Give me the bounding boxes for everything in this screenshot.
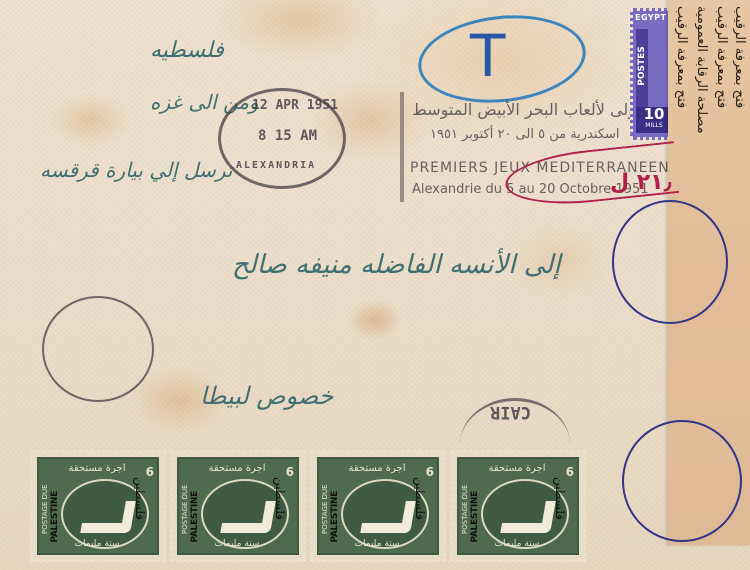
censor-text-col-1: فتح بمعرفة الرقيب	[672, 6, 690, 108]
censor-handstamp-upper	[612, 200, 728, 324]
stamp-top-text: اجرة مستحقة	[339, 463, 415, 474]
postmark-city: ALEXANDRIA	[236, 160, 316, 171]
numeral-glyph	[80, 501, 136, 533]
slogan-cancel-bar	[400, 92, 404, 202]
postmark-time: 8 15 AM	[258, 128, 317, 144]
address-line-country: فلسطيه	[150, 38, 224, 63]
stamp-top-text: اجرة مستحقة	[199, 463, 275, 474]
recipient-name: إلى الأنسه الفاضله منيفه صالح	[232, 250, 561, 280]
stamp-top-text: اجرة مستحقة	[479, 463, 555, 474]
stamp-value: 10	[636, 107, 672, 122]
postmark-date: 12 APR 1951	[252, 98, 338, 113]
arabic-overprint: فلسطين	[273, 477, 287, 520]
stamp-value-box: 10 MILLS	[636, 107, 672, 133]
postage-due-stamp: اجرة مستحقةPOSTAGE DUE6PALESTINEفلسطينست…	[30, 450, 166, 562]
tax-mark-letter: T	[470, 22, 505, 90]
stamp-frame: اجرة مستحقةPOSTAGE DUE6PALESTINEفلسطينست…	[457, 457, 579, 555]
censor-text-col-2: مصلحة الرقابة العمومية	[692, 6, 710, 134]
arrival-postmark	[42, 296, 154, 402]
numeral-glyph	[220, 501, 276, 533]
stamp-bottom-text: ستة مليمات	[59, 539, 135, 549]
censor-text-col-4: فتح بمعرفة الرقيب	[730, 6, 748, 108]
postage-due-stamp: اجرة مستحقةPOSTAGE DUE6PALESTINEفلسطينست…	[170, 450, 306, 562]
cairo-postmark-text: CAIR	[490, 402, 531, 422]
palestine-overprint: PALESTINE	[50, 491, 60, 543]
arabic-overprint: فلسطين	[413, 477, 427, 520]
stamp-frame: اجرة مستحقةPOSTAGE DUE6PALESTINEفلسطينست…	[317, 457, 439, 555]
palestine-overprint: PALESTINE	[330, 491, 340, 543]
stamp-bottom-text: ستة مليمات	[199, 539, 275, 549]
numeral-glyph	[360, 501, 416, 533]
envelope: فلسطيه ومن الى غزه ترسل إلي بيارة قرقسه …	[0, 0, 750, 570]
stamp-label: POSTES	[637, 32, 647, 100]
stamp-label-bar: POSTES	[636, 29, 648, 109]
red-annotation: ٢١٫ ل	[610, 170, 672, 195]
censor-text-col-3: فتح بمعرفة الرقيب	[712, 6, 730, 108]
censor-handstamp-lower	[622, 420, 742, 542]
special-delivery-note: خصوص لبيطا	[200, 382, 334, 410]
postage-due-stamp: اجرة مستحقةPOSTAGE DUE6PALESTINEفلسطينست…	[450, 450, 586, 562]
arabic-overprint: فلسطين	[553, 477, 567, 520]
address-line-locality: ترسل إلي بيارة قرقسه	[40, 158, 232, 182]
palestine-overprint: PALESTINE	[470, 491, 480, 543]
stamp-unit: MILLS	[636, 122, 672, 129]
stamp-bottom-text: ستة مليمات	[339, 539, 415, 549]
stamp-frame: اجرة مستحقةPOSTAGE DUE6PALESTINEفلسطينست…	[37, 457, 159, 555]
stamp-top-text: اجرة مستحقة	[59, 463, 135, 474]
postage-due-stamp: اجرة مستحقةPOSTAGE DUE6PALESTINEفلسطينست…	[310, 450, 446, 562]
numeral-glyph	[500, 501, 556, 533]
stamp-bottom-text: ستة مليمات	[479, 539, 555, 549]
stamp-frame: اجرة مستحقةPOSTAGE DUE6PALESTINEفلسطينست…	[177, 457, 299, 555]
arabic-overprint: فلسطين	[133, 477, 147, 520]
stamp-country: EGYPT	[635, 13, 671, 22]
palestine-overprint: PALESTINE	[190, 491, 200, 543]
slogan-arabic-line-2: اسكندرية من ٥ الى ٢٠ أكتوبر ١٩٥١	[430, 127, 620, 142]
